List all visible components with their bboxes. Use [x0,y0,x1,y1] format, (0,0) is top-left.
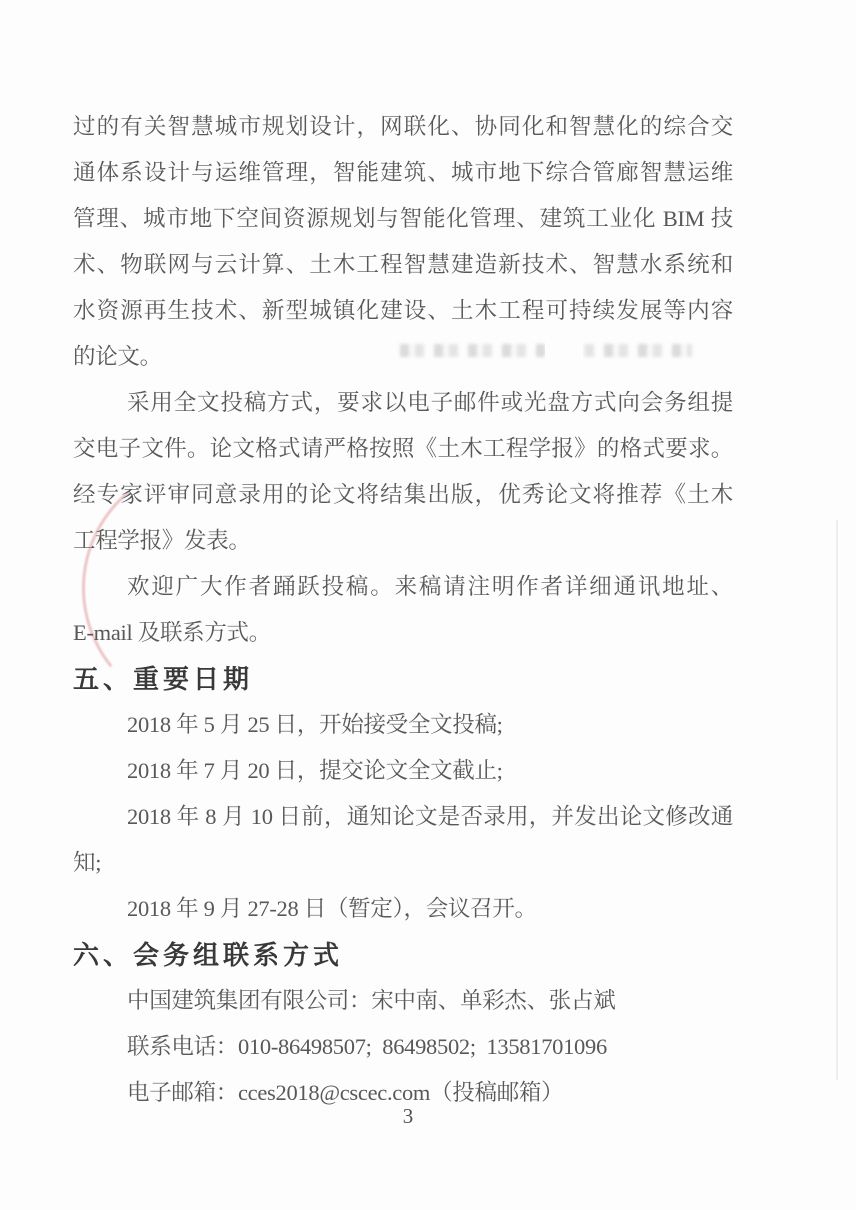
body-line: 管理、城市地下空间资源规划与智能化管理、建筑工业化 BIM 技 [73,196,733,242]
body-line: 经专家评审同意录用的论文将结集出版，优秀论文将推荐《土木 [73,472,733,518]
paragraph-welcome: 欢迎广大作者踊跃投稿。来稿请注明作者详细通讯地址、 E-mail 及联系方式。 [73,564,733,656]
paragraph-topics: 过的有关智慧城市规划设计，网联化、协同化和智慧化的综合交 通体系设计与运维管理，… [73,104,733,380]
contact-phone: 联系电话：010-86498507; 86498502; 13581701096 [73,1024,733,1070]
body-line: 欢迎广大作者踊跃投稿。来稿请注明作者详细通讯地址、 [73,564,733,610]
document-page: 过的有关智慧城市规划设计，网联化、协同化和智慧化的综合交 通体系设计与运维管理，… [0,0,856,1210]
body-line: 过的有关智慧城市规划设计，网联化、协同化和智慧化的综合交 [73,104,733,150]
date-item: 2018 年 8 月 10 日前，通知论文是否录用，并发出论文修改通 [73,794,733,840]
contact-organization: 中国建筑集团有限公司：宋中南、单彩杰、张占斌 [73,978,733,1024]
contact-list: 中国建筑集团有限公司：宋中南、单彩杰、张占斌 联系电话：010-86498507… [73,978,733,1116]
body-line: 通体系设计与运维管理，智能建筑、城市地下综合管廊智慧运维 [73,150,733,196]
heading-contact-info: 六、会务组联系方式 [73,932,733,978]
body-line: 工程学报》发表。 [73,518,733,564]
date-item: 2018 年 7 月 20 日，提交论文全文截止; [73,748,733,794]
important-dates-list: 2018 年 5 月 25 日，开始接受全文投稿; 2018 年 7 月 20 … [73,702,733,932]
body-line: 交电子文件。论文格式请严格按照《土木工程学报》的格式要求。 [73,426,733,472]
date-item: 2018 年 5 月 25 日，开始接受全文投稿; [73,702,733,748]
paragraph-submission: 采用全文投稿方式，要求以电子邮件或光盘方式向会务组提 交电子文件。论文格式请严格… [73,380,733,564]
body-line: E-mail 及联系方式。 [73,610,733,656]
document-body: 过的有关智慧城市规划设计，网联化、协同化和智慧化的综合交 通体系设计与运维管理，… [73,104,733,1116]
date-item: 2018 年 9 月 27-28 日（暂定），会议召开。 [73,886,733,932]
date-item-wrap: 知; [73,840,733,886]
heading-important-dates: 五、重要日期 [73,656,733,702]
page-number: 3 [0,1104,836,1129]
scan-edge-streak [836,520,838,1080]
body-line: 的论文。 [73,334,733,380]
body-line: 采用全文投稿方式，要求以电子邮件或光盘方式向会务组提 [73,380,733,426]
body-line: 术、物联网与云计算、土木工程智慧建造新技术、智慧水系统和 [73,242,733,288]
body-line: 水资源再生技术、新型城镇化建设、土木工程可持续发展等内容 [73,288,733,334]
